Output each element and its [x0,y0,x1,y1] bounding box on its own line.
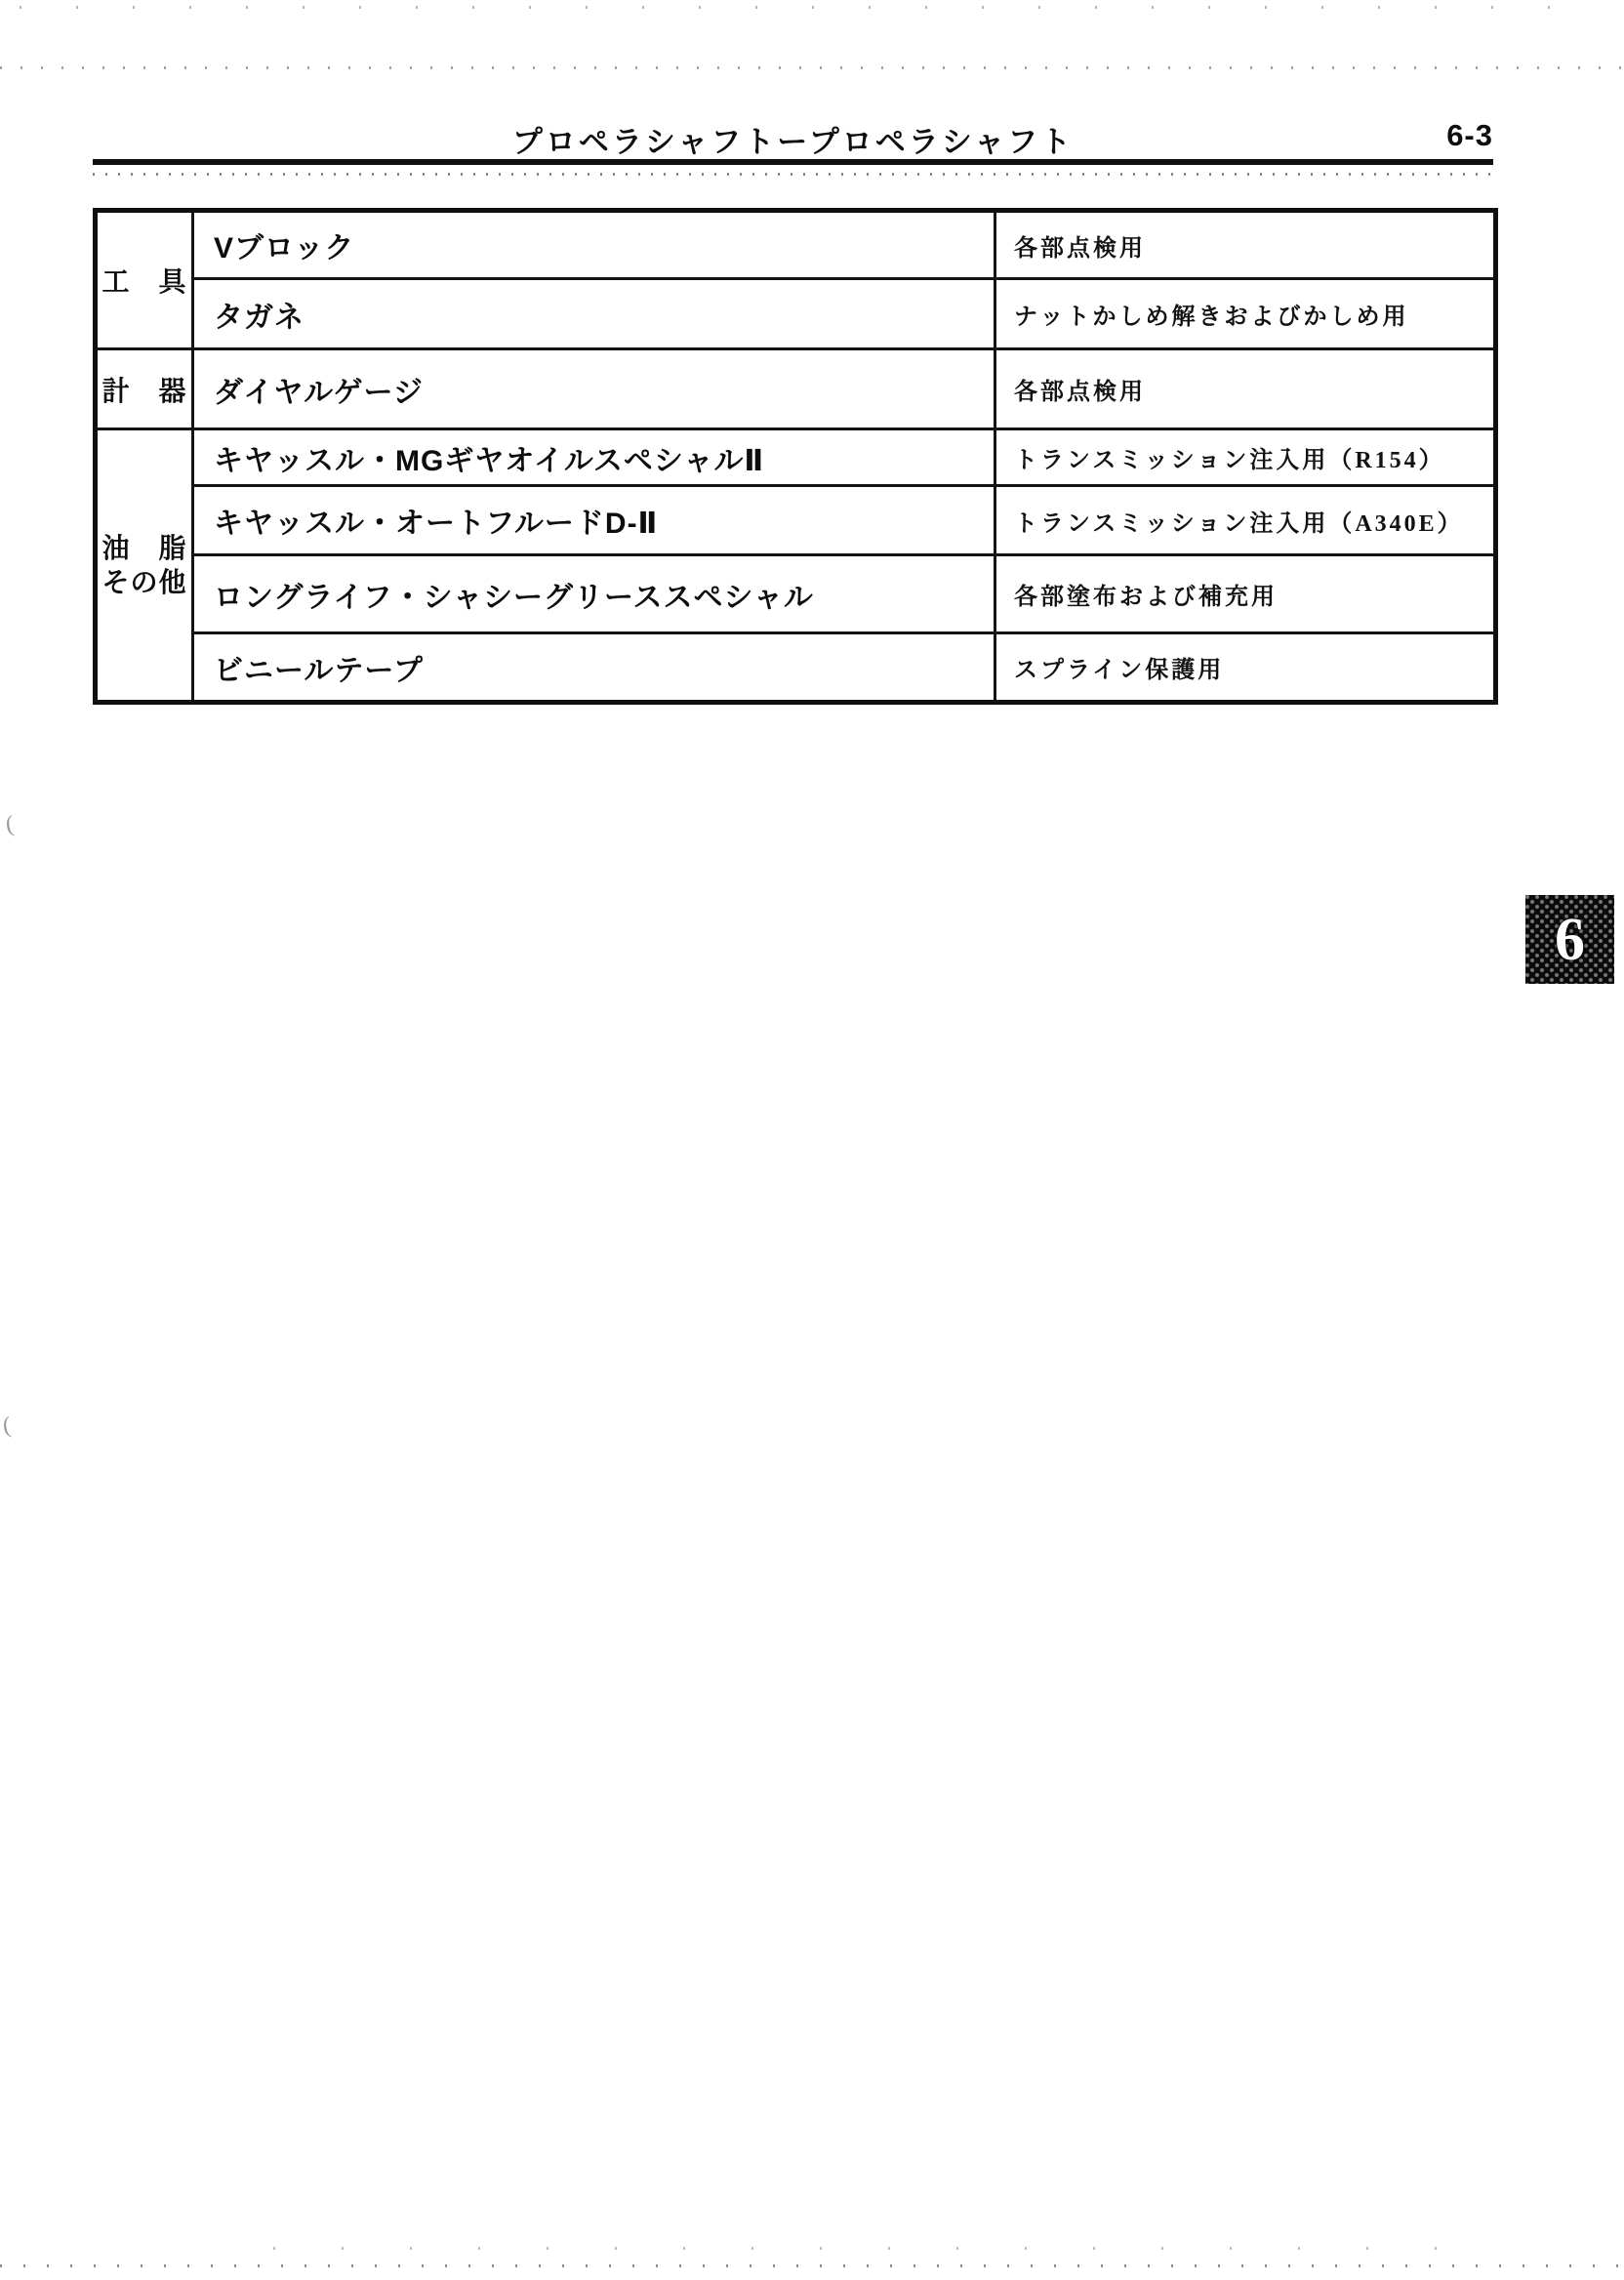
group-label-line: 油 脂 [100,531,189,565]
manual-page: ( ( プロペラシャフトープロペラシャフト 6-3 工 具 Vブロック 各部点検… [0,0,1624,2280]
table-row: タガネ ナットかしめ解きおよびかしめ用 [96,279,1496,349]
item-cell: キヤッスル・オートフルードD-Ⅱ [193,486,995,555]
use-cell: トランスミッション注入用（A340E） [995,486,1496,555]
tools-table: 工 具 Vブロック 各部点検用 タガネ ナットかしめ解きおよびかしめ用 計 器 … [93,208,1498,705]
group-label-tools: 工 具 [96,211,193,349]
table-row: 油 脂 その他 キヤッスル・MGギヤオイルスペシャルⅡ トランスミッション注入用… [96,429,1496,486]
use-cell: スプライン保護用 [995,633,1496,703]
scan-noise-top [0,66,1624,69]
chapter-number: 6 [1555,910,1585,970]
item-cell: ロングライフ・シャシーグリーススペシャル [193,555,995,633]
use-cell: 各部塗布および補充用 [995,555,1496,633]
item-cell: Vブロック [193,211,995,279]
group-label-line: その他 [100,565,189,599]
scan-artifact-mark: ( [4,812,16,839]
use-cell: トランスミッション注入用（R154） [995,429,1496,486]
use-cell: 各部点検用 [995,349,1496,429]
scan-noise-bottom [273,2247,1503,2250]
scan-noise-rule [93,173,1493,176]
scan-artifact-mark: ( [1,1413,13,1441]
header-rule [93,159,1493,165]
page-number: 6-3 [1298,118,1493,153]
item-cell: タガネ [193,279,995,349]
chapter-tab: 6 [1525,895,1614,984]
item-cell: ビニールテープ [193,633,995,703]
group-label-oils-others: 油 脂 その他 [96,429,193,703]
scan-noise-bottom [0,2264,1624,2267]
table-row: 計 器 ダイヤルゲージ 各部点検用 [96,349,1496,429]
use-cell: 各部点検用 [995,211,1496,279]
item-cell: キヤッスル・MGギヤオイルスペシャルⅡ [193,429,995,486]
page-title: プロペラシャフトープロペラシャフト [93,117,1493,161]
table-row: 工 具 Vブロック 各部点検用 [96,211,1496,279]
group-label-instruments: 計 器 [96,349,193,429]
use-cell: ナットかしめ解きおよびかしめ用 [995,279,1496,349]
table-row: キヤッスル・オートフルードD-Ⅱ トランスミッション注入用（A340E） [96,486,1496,555]
item-cell: ダイヤルゲージ [193,349,995,429]
table-row: ロングライフ・シャシーグリーススペシャル 各部塗布および補充用 [96,555,1496,633]
table-row: ビニールテープ スプライン保護用 [96,633,1496,703]
scan-noise-top [20,6,1601,9]
